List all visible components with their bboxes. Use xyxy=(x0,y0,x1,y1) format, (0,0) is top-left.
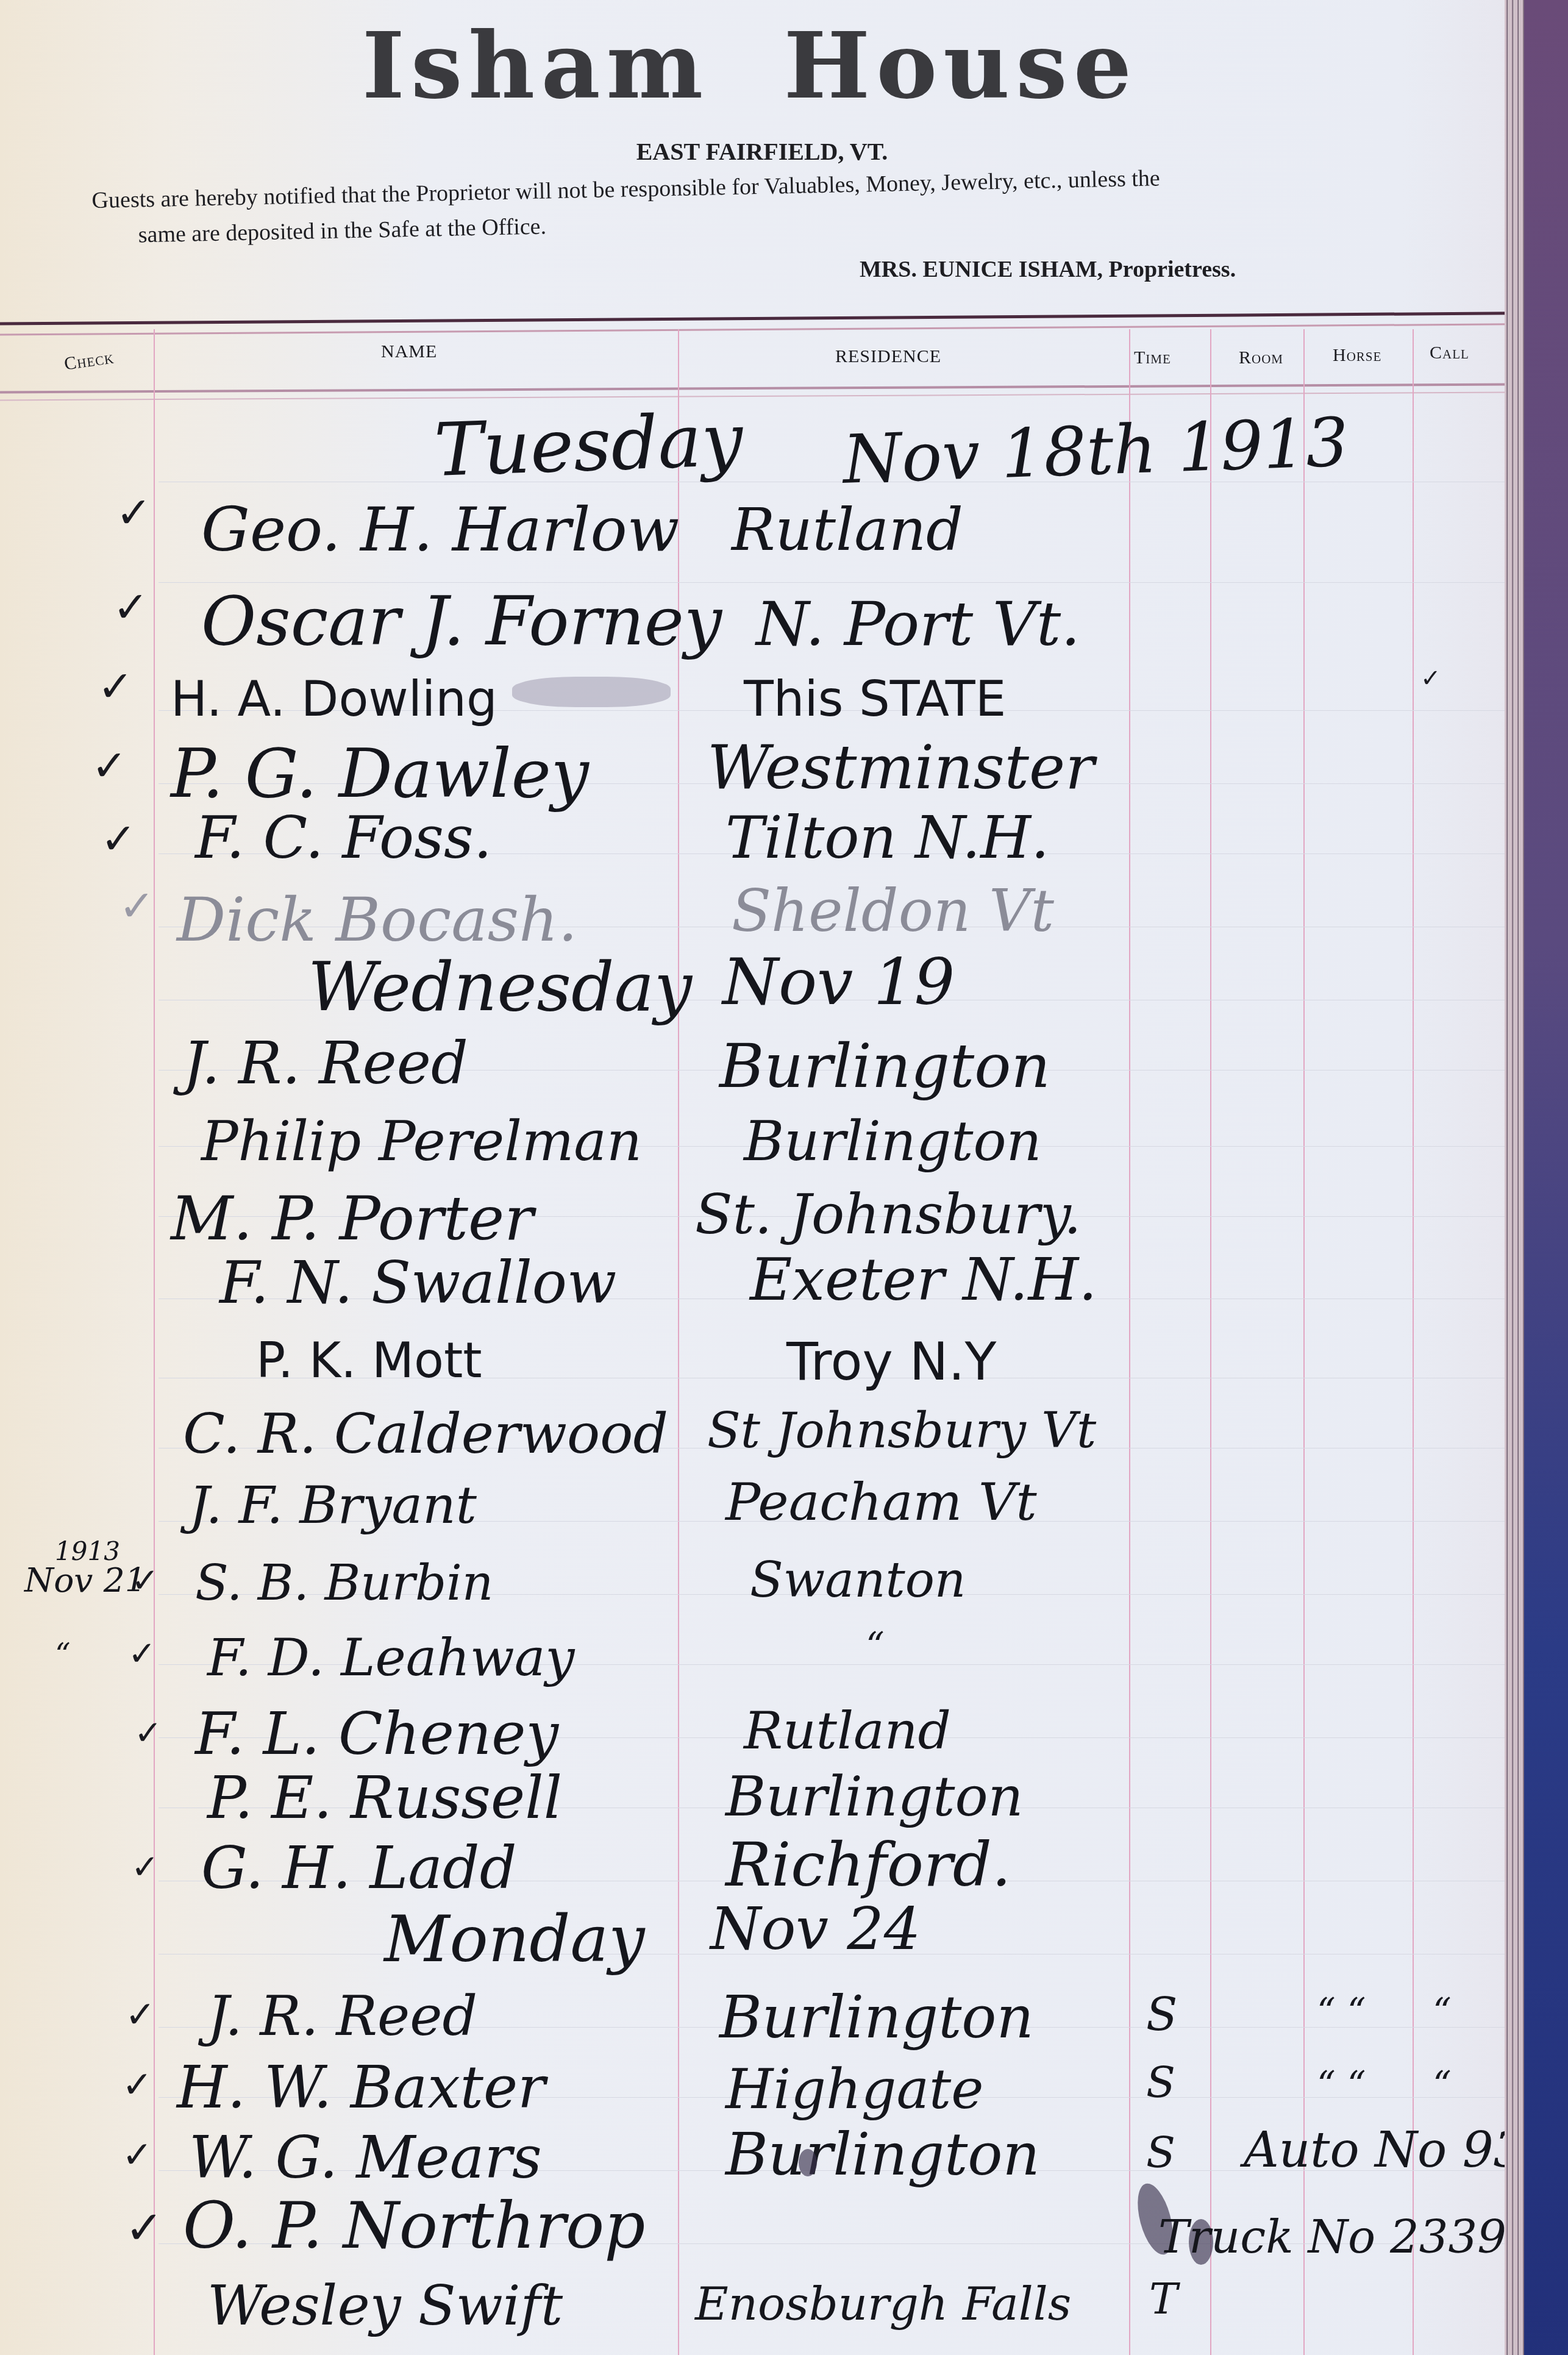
guest-name: F. L. Cheney xyxy=(195,1701,558,1768)
check-mark: ✓ xyxy=(125,1993,155,2036)
call-mark: ✓ xyxy=(1420,664,1441,693)
guest-residence: Swanton xyxy=(750,1552,966,1608)
time-mark: T xyxy=(1149,2274,1178,2324)
date-heading-day: Tuesday xyxy=(433,397,744,493)
guest-name: J. F. Bryant xyxy=(189,1475,477,1536)
proprietress: MRS. EUNICE ISHAM, Proprietress. xyxy=(860,256,1236,283)
check-mark: ✓ xyxy=(122,2134,152,2176)
guest-residence: Rutland xyxy=(744,1701,951,1761)
guest-residence: Burlington xyxy=(725,2122,1040,2189)
margin-ditto: “ xyxy=(55,1637,71,1672)
header-rule-top xyxy=(0,312,1512,335)
guest-residence: Troy N.Y xyxy=(786,1332,996,1392)
guest-residence: Richford. xyxy=(725,1829,1011,1900)
guest-name: F. C. Foss. xyxy=(195,805,492,872)
check-mark: ✓ xyxy=(113,582,149,632)
check-mark: ✓ xyxy=(125,2201,163,2254)
guest-residence: Tilton N.H. xyxy=(725,805,1049,872)
date-heading-date: Nov 19 xyxy=(722,945,955,1019)
column-header-room: Room xyxy=(1239,347,1283,368)
guest-name: Dick Bocash. xyxy=(177,884,577,955)
column-header-call: Call xyxy=(1430,343,1469,363)
column-header-time: Time xyxy=(1134,347,1171,368)
guest-residence: N. Port Vt. xyxy=(756,588,1080,660)
check-mark: ✓ xyxy=(98,661,134,711)
check-mark: ✓ xyxy=(91,741,127,791)
guest-residence: “ xyxy=(866,1625,885,1667)
guest-residence: Westminster xyxy=(707,732,1094,803)
time-mark: S xyxy=(1146,2128,1175,2178)
guest-name: Wesley Swift xyxy=(207,2274,563,2338)
guest-residence: Burlington xyxy=(719,1030,1050,1102)
rule-residence-time xyxy=(1129,329,1130,2355)
check-mark: ✓ xyxy=(128,1634,156,1673)
header-rule-bottom xyxy=(0,383,1512,401)
guest-name: J. R. Reed xyxy=(183,1030,468,1097)
guest-name: J. R. Reed xyxy=(207,1984,477,2048)
book-binding xyxy=(1524,0,1568,2355)
check-mark: ✓ xyxy=(134,1713,162,1752)
ink-blot xyxy=(799,2149,817,2176)
hotel-name: Isham House xyxy=(0,12,1500,119)
guest-residence: Exeter N.H. xyxy=(750,1247,1097,1314)
guest-residence: This STATE xyxy=(744,671,1006,727)
guest-name: C. R. Calderwood xyxy=(183,1402,668,1466)
guest-name: P. G. Dawley xyxy=(171,735,589,813)
guest-residence: Highgate xyxy=(725,2058,984,2122)
horse-ditto: “ “ xyxy=(1317,1990,1366,2033)
guest-name: H. W. Baxter xyxy=(177,2054,546,2122)
time-mark: S xyxy=(1146,2058,1175,2107)
guest-name: Philip Perelman xyxy=(201,1110,642,1174)
ink-smudge xyxy=(512,677,671,707)
guest-residence: Burlington xyxy=(744,1110,1042,1174)
guest-name: F. D. Leahway xyxy=(207,1628,575,1688)
horse-auto-number: Auto No 939 xyxy=(1244,2122,1524,2178)
check-mark: ✓ xyxy=(119,881,155,931)
guest-name: S. B. Burbin xyxy=(195,1555,493,1611)
call-ditto: “ xyxy=(1433,2064,1452,2106)
column-header-residence: RESIDENCE xyxy=(835,346,941,367)
guest-residence: Rutland xyxy=(732,497,963,564)
guest-name: H. A. Dowling xyxy=(171,671,497,727)
page-edges xyxy=(1505,0,1524,2355)
time-mark: S xyxy=(1146,1987,1177,2041)
guest-residence: Burlington xyxy=(719,1984,1034,2051)
margin-date: Nov 21 xyxy=(24,1561,146,1600)
guest-name: M. P. Porter xyxy=(171,1183,533,1254)
valuables-notice: Guests are hereby notified that the Prop… xyxy=(91,155,1446,254)
rule-check-name xyxy=(154,329,155,2355)
date-heading-date: Nov 18th 1913 xyxy=(842,403,1350,499)
guest-residence: St. Johnsbury. xyxy=(695,1183,1082,1247)
guest-residence: Burlington xyxy=(725,1765,1024,1829)
date-heading-day: Monday xyxy=(384,1902,645,1976)
horse-truck-number: Truck No 2339 xyxy=(1158,2210,1506,2264)
rule-time-room xyxy=(1210,329,1211,2355)
check-mark: ✓ xyxy=(116,488,152,538)
column-header-check: Check xyxy=(63,347,115,374)
check-mark: ✓ xyxy=(131,1847,159,1886)
guest-name: W. G. Mears xyxy=(189,2125,542,2192)
guest-name: P. E. Russell xyxy=(207,1765,562,1832)
call-ditto: “ xyxy=(1433,1990,1452,2033)
guest-name: P. K. Mott xyxy=(256,1332,482,1389)
guest-name: G. H. Ladd xyxy=(201,1835,517,1902)
guest-residence: Sheldon Vt xyxy=(732,878,1054,945)
guest-residence: St Johnsbury Vt xyxy=(707,1402,1096,1459)
guest-name: F. N. Swallow xyxy=(219,1250,616,1317)
check-mark: ✓ xyxy=(101,814,137,864)
guest-name: Oscar J. Forney xyxy=(201,582,722,660)
date-heading-day: Wednesday xyxy=(308,948,692,1026)
guest-name: O. P. Northrop xyxy=(183,2189,646,2263)
date-heading-date: Nov 24 xyxy=(710,1896,921,1963)
rule-horse-call xyxy=(1413,329,1414,2355)
check-mark: ✓ xyxy=(122,2064,152,2106)
guest-name: Geo. H. Harlow xyxy=(201,494,679,565)
column-header-horse: Horse xyxy=(1333,345,1381,366)
register-page: Isham House EAST FAIRFIELD, VT. Guests a… xyxy=(0,0,1524,2355)
guest-residence: Peacham Vt xyxy=(725,1472,1037,1533)
horse-ditto: “ “ xyxy=(1317,2064,1366,2106)
column-header-name: NAME xyxy=(381,341,437,362)
check-mark: ✓ xyxy=(131,1561,159,1600)
guest-residence: Enosburgh Falls xyxy=(695,2277,1071,2331)
rule-room-horse xyxy=(1303,329,1305,2355)
